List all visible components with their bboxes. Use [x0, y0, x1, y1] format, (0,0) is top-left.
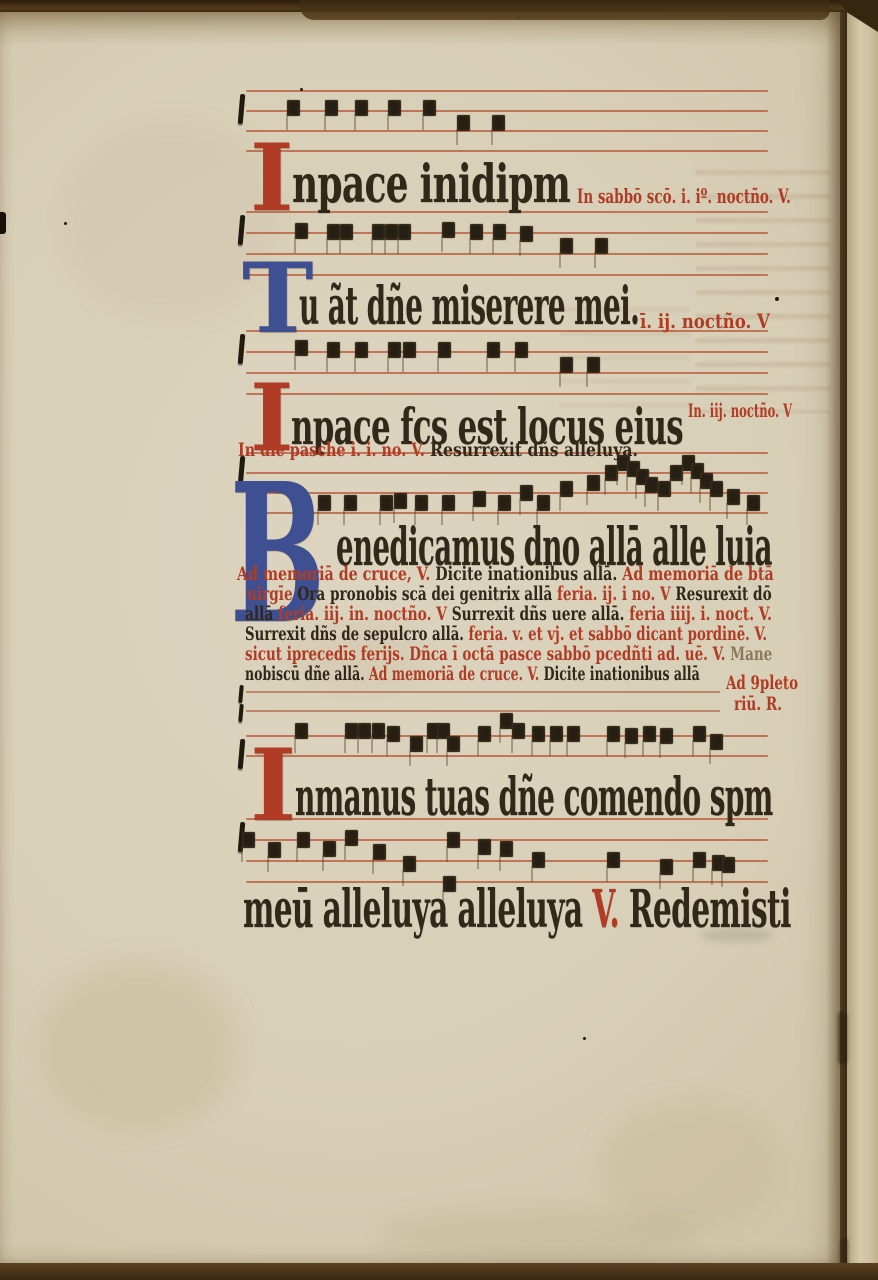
rubric-block-line-3-segment: feria iiij. i. noct. V. [629, 603, 772, 625]
neume-tail [586, 371, 588, 387]
rubric-2-segment: ī. ij. noctño. V [640, 309, 770, 333]
empty-text-rule [246, 710, 720, 712]
chant-text-7-segment: Redemisti [629, 879, 791, 940]
neume [358, 723, 371, 739]
neume [747, 495, 760, 511]
neume [550, 726, 563, 742]
neume-tail [241, 846, 243, 862]
rubric-block-line-6-segment: Ad memoriā de cruce. V. [369, 663, 544, 685]
neume [693, 852, 706, 868]
neume [693, 726, 706, 742]
neume-tail [441, 236, 443, 252]
initial-5: I [250, 737, 296, 836]
neume [532, 726, 545, 742]
neume [515, 342, 528, 358]
neume-tail [549, 740, 551, 756]
neume [587, 357, 600, 373]
neume [607, 726, 620, 742]
neume [295, 723, 308, 739]
neume-tail [709, 495, 711, 511]
neume [372, 723, 385, 739]
staff-line [246, 735, 768, 737]
neume-tail [659, 742, 661, 758]
initial-5-segment: I [250, 728, 296, 844]
initial-1: I [250, 131, 294, 224]
chant-text-2-segment: u ãt dñe miserere mei. [299, 276, 639, 337]
neume [403, 342, 416, 358]
neume-tail [371, 737, 373, 753]
neume [560, 238, 573, 254]
rubric-block-line-6-segment: Dicite inationibus allā [544, 663, 700, 685]
chant-text-4: Resurrexit dñs alleluya. [430, 441, 638, 460]
neume [410, 736, 423, 752]
neume-tail [604, 479, 606, 495]
neume [710, 734, 723, 750]
neume-tail [606, 740, 608, 756]
neume [325, 100, 338, 116]
neume-tail [531, 740, 533, 756]
neume-tail [692, 740, 694, 756]
neume-tail [559, 252, 561, 268]
neume-tail [446, 846, 448, 862]
rubric-completorium-1-segment: Ad 9pleto [726, 672, 798, 694]
neume-tail [566, 740, 568, 756]
neume-tail [296, 846, 298, 862]
neume-tail [519, 240, 521, 256]
neume [660, 728, 673, 744]
rubric-3-segment: In. iij. noctño. V [688, 400, 792, 422]
neume-tail [514, 356, 516, 372]
rubric-block-line-4: Surrexit dñs de sepulcro allā. feria. v.… [245, 625, 767, 644]
neume-tail [657, 495, 659, 511]
chant-text-7: meū alleluya alleluya V. Redemisti [243, 884, 791, 936]
neume-tail [339, 238, 341, 254]
neume-tail [709, 748, 711, 764]
neume [394, 493, 407, 509]
neume-tail [386, 740, 388, 756]
chant-staff-1 [246, 90, 768, 152]
neume [727, 489, 740, 505]
neume-tail [642, 740, 644, 756]
initial-1-segment: I [250, 123, 294, 232]
neume [710, 481, 723, 497]
neume [625, 728, 638, 744]
neume-tail [594, 252, 596, 268]
neume-tail [477, 740, 479, 756]
chant-text-1: npace inidipm [292, 159, 570, 211]
neume-tail [681, 469, 683, 485]
neume-tail [436, 737, 438, 753]
staff-line [246, 372, 768, 374]
rubric-block-line-1: Ad memoriā de cruce, V. Dicite inationib… [237, 565, 774, 584]
ink-speck [775, 297, 779, 301]
rubric-block-line-1-segment: Dicite inationibus allā. [435, 563, 622, 585]
neume [415, 495, 428, 511]
staff-line [246, 253, 768, 255]
staff-line [246, 351, 768, 353]
rubric-completorium-2-segment: riū. R. [734, 693, 782, 715]
neume [643, 726, 656, 742]
staff-line [246, 755, 768, 757]
rubric-block-line-4-segment: Surrexit dñs de sepulcro allā. [245, 623, 469, 645]
neume [487, 342, 500, 358]
rubric-1: In sabbō scō. i. iº. noctño. V. [577, 186, 791, 206]
rubric-block-line-3-segment: Surrexit dñs uere allā. [452, 603, 630, 625]
neume-tail [699, 487, 701, 503]
neume [355, 100, 368, 116]
neume [567, 726, 580, 742]
manuscript-photo: Inpace inidipmIn sabbō scō. i. iº. noctñ… [0, 0, 878, 1280]
neume [340, 224, 353, 240]
neume [537, 495, 550, 511]
neume [295, 223, 308, 239]
neume-tail [690, 477, 692, 493]
neume-tail [397, 238, 399, 254]
binding-top-edge [300, 0, 830, 20]
chant-text-6-segment: nmanus tuas dñe comendo spm [295, 767, 773, 828]
neume [380, 495, 393, 511]
staff-line [246, 860, 768, 862]
neume [660, 859, 673, 875]
chant-staff-3 [246, 330, 768, 395]
rubric-block-line-2-segment: uirgīe [247, 583, 297, 605]
staff-line [246, 150, 768, 152]
neume [457, 115, 470, 131]
neume [344, 495, 357, 511]
parchment-stain [40, 960, 240, 1130]
neume-tail [492, 238, 494, 254]
chant-text-7-segment: V. [592, 879, 629, 940]
neume [493, 224, 506, 240]
neume-tail [626, 475, 628, 491]
neume-tail [469, 238, 471, 254]
page-edge-crease [838, 1012, 847, 1064]
neume-tail [371, 238, 373, 254]
neume [323, 841, 336, 857]
neume [387, 726, 400, 742]
neume [560, 357, 573, 373]
neume [442, 495, 455, 511]
neume-tail [624, 742, 626, 758]
rubric-block-line-6: nobiscū dñe allā. Ad memoriā de cruce. V… [245, 665, 700, 684]
rubric-completorium-2: riū. R. [734, 695, 782, 714]
staff-line [246, 393, 768, 395]
chant-text-1-segment: npace inidipm [292, 154, 570, 215]
neume [500, 841, 513, 857]
rubric-3: In. iij. noctño. V [688, 402, 792, 421]
neume [287, 100, 300, 116]
neume-tail [326, 356, 328, 372]
neume [355, 342, 368, 358]
neume [398, 224, 411, 240]
left-edge-mark [0, 212, 6, 234]
neume [722, 857, 735, 873]
neume [478, 726, 491, 742]
neume [498, 495, 511, 511]
neume-tail [446, 750, 448, 766]
empty-text-rule [246, 691, 720, 693]
parchment-stain [600, 1100, 780, 1230]
neume [532, 852, 545, 868]
chant-staff-2 [246, 211, 768, 276]
rubric-block-line-6-segment: nobiscū dñe allā. [245, 663, 369, 685]
rubric-2: ī. ij. noctño. V [640, 311, 770, 331]
neume-tail [372, 858, 374, 874]
rubric-block-line-1-segment: Ad memoriā de cruce, V. [237, 563, 435, 585]
rubric-block-line-5-segment: Mane [730, 643, 772, 665]
chant-text-6: nmanus tuas dñe comendo spm [295, 772, 773, 824]
staff-line [246, 232, 768, 234]
rubric-block-line-2-segment: Resurexit dō [675, 583, 771, 605]
neume-tail [354, 356, 356, 372]
neume [492, 115, 505, 131]
neume-tail [499, 855, 501, 871]
neume [447, 832, 460, 848]
neume-tail [586, 489, 588, 505]
neume-tail [644, 491, 646, 507]
neume [607, 852, 620, 868]
chant-text-2: u ãt dñe miserere mei. [299, 281, 639, 333]
neume [438, 342, 451, 358]
neume-tail [354, 114, 356, 130]
ink-speck [300, 88, 303, 91]
neume-tail [491, 129, 493, 145]
neume [512, 723, 525, 739]
neume [470, 224, 483, 240]
neume [587, 475, 600, 491]
rubric-block-line-5: sicut iprecedīs ferijs. Dñca ī octā pasc… [245, 645, 772, 664]
neume-tail [267, 856, 269, 872]
neume-tail [357, 737, 359, 753]
neume-tail [559, 371, 561, 387]
neume [520, 485, 533, 501]
binding-bottom-edge [0, 1263, 878, 1280]
rubric-block-line-3-segment: allā [245, 603, 278, 625]
neume [403, 856, 416, 872]
neume-tail [437, 356, 439, 372]
rubric-block-line-3: allā feria. iij. in. noctño. V Surrexit … [245, 605, 772, 624]
neume-tail [387, 356, 389, 372]
neume-tail [426, 737, 428, 753]
neume-tail [499, 727, 501, 743]
neume-tail [324, 114, 326, 130]
neume-tail [635, 483, 637, 499]
neume-tail [294, 354, 296, 370]
neume-tail [477, 853, 479, 869]
ink-speck [64, 222, 67, 225]
rubric-block-line-2-segment: Ora pronobis scā dei genitrix allā [297, 583, 557, 605]
staff-line [246, 90, 768, 92]
rubric-block-line-2: uirgīe Ora pronobis scā dei genitrix all… [247, 585, 772, 604]
rubric-completorium-1: Ad 9pleto [726, 674, 798, 693]
neume [645, 477, 658, 493]
neume-tail [384, 238, 386, 254]
neume-tail [409, 750, 411, 766]
neume [327, 342, 340, 358]
neume-tail [519, 499, 521, 515]
neume [373, 844, 386, 860]
neume [268, 842, 281, 858]
ink-speck [583, 1037, 586, 1040]
neume [345, 830, 358, 846]
neume [388, 342, 401, 358]
neume-tail [456, 129, 458, 145]
chant-staff-5 [246, 735, 768, 757]
neume [447, 736, 460, 752]
neume-tail [486, 356, 488, 372]
neume-tail [326, 238, 328, 254]
neume [520, 226, 533, 242]
staff-line [246, 130, 768, 132]
neume-tail [322, 855, 324, 871]
chant-text-4-segment: Resurrexit dñs alleluya. [430, 439, 638, 461]
rubric-1-segment: In sabbō scō. i. iº. noctño. V. [577, 184, 791, 208]
facing-page-edge [847, 0, 878, 1280]
neume [423, 100, 436, 116]
rubric-block-line-2-segment: feria. ij. i no. V [557, 583, 675, 605]
neume-tail [344, 737, 346, 753]
neume [442, 222, 455, 238]
neume-tail [344, 844, 346, 860]
neume [478, 839, 491, 855]
neume [560, 481, 573, 497]
rubric-block-line-4-segment: feria. v. et vj. et sabbō dicant pordinē… [469, 623, 767, 645]
neume [297, 832, 310, 848]
neume-tail [402, 356, 404, 372]
neume-tail [616, 469, 618, 485]
neume [388, 100, 401, 116]
chant-text-7-segment: meū alleluya alleluya [243, 879, 592, 940]
rubric-block-line-3-segment: feria. iij. in. noctño. V [278, 603, 452, 625]
rubric-block-line-1-segment: Ad memoriā de btā [622, 563, 773, 585]
neume [473, 491, 486, 507]
neume-tail [559, 495, 561, 511]
parchment-stain [380, 1210, 700, 1260]
neume-tail [387, 114, 389, 130]
neume [595, 238, 608, 254]
neume-tail [422, 114, 424, 130]
neume-tail [669, 479, 671, 495]
rubric-block-line-5-segment: sicut iprecedīs ferijs. Dñca ī octā pasc… [245, 643, 730, 665]
neume-tail [511, 737, 513, 753]
